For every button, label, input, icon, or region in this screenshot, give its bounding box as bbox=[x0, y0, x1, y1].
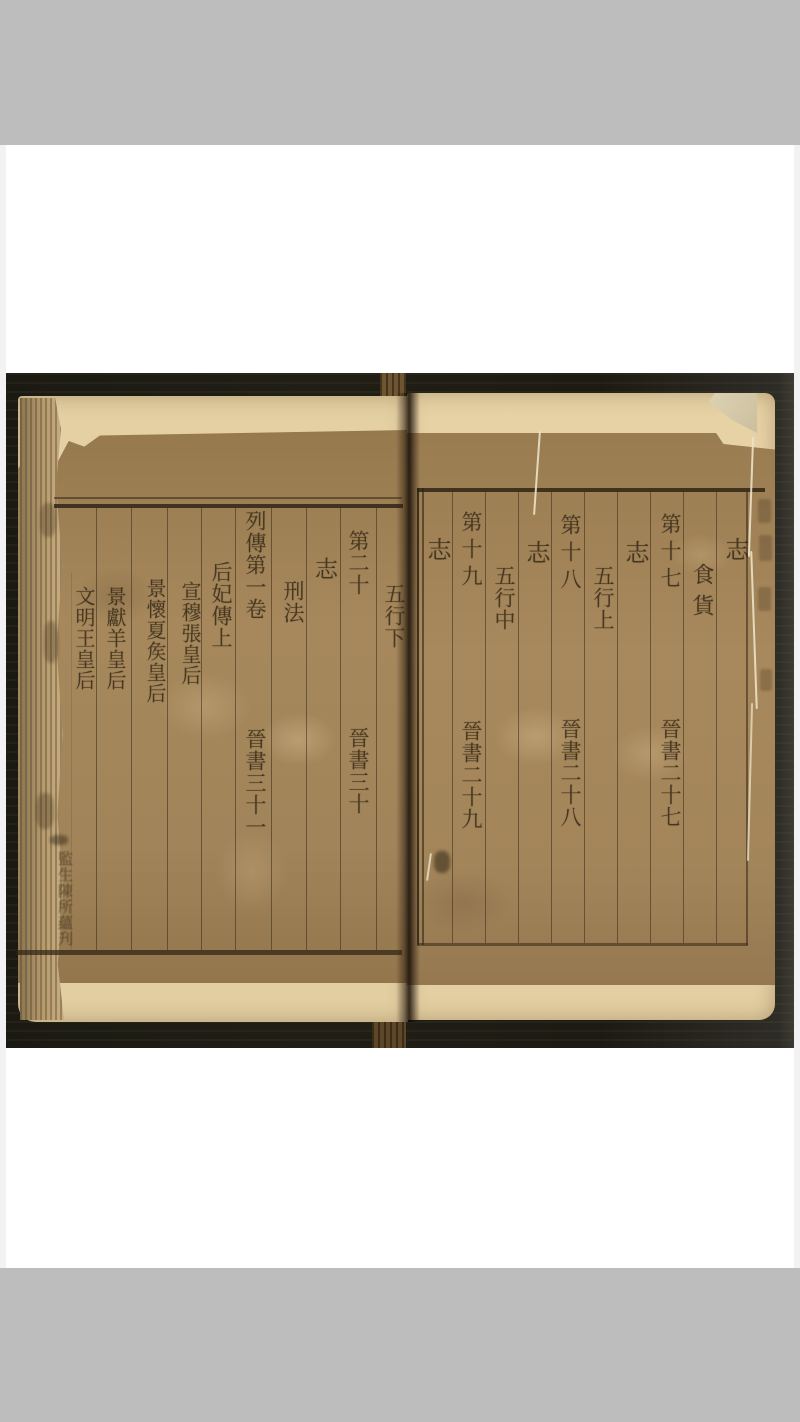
toc-entry: 志 bbox=[310, 557, 336, 581]
column-rule bbox=[683, 492, 684, 943]
toc-entry: 五行上 bbox=[587, 565, 613, 631]
frame-bottom bbox=[16, 950, 402, 955]
toc-entry: 宣穆張皇后 bbox=[173, 581, 199, 686]
column-rule bbox=[235, 508, 236, 950]
printer-colophon: 監生陳所蘊刋 bbox=[47, 851, 71, 947]
toc-entry: 后妃傳上 bbox=[205, 561, 231, 649]
column-rule bbox=[518, 492, 519, 943]
column-rule bbox=[485, 492, 486, 943]
toc-entry: 第十九 bbox=[455, 511, 481, 592]
column-rule bbox=[584, 492, 585, 943]
column-rule bbox=[376, 508, 377, 950]
ink-smudge bbox=[40, 503, 56, 537]
faint-marginalia bbox=[760, 669, 772, 691]
toc-volume: 晉書二十八 bbox=[554, 718, 580, 828]
faint-marginalia bbox=[759, 535, 772, 561]
column-rule bbox=[716, 492, 717, 943]
toc-entry: 志 bbox=[422, 537, 448, 562]
toc-volume: 晉書三十 bbox=[342, 727, 368, 815]
book-spine-bottom bbox=[372, 1019, 406, 1048]
column-rule bbox=[167, 508, 168, 950]
right-edge-strip bbox=[794, 145, 800, 1268]
column-rule bbox=[131, 508, 132, 950]
column-rule bbox=[340, 508, 341, 950]
toc-entry: 志 bbox=[720, 537, 746, 562]
bottom-gray-band bbox=[0, 1268, 800, 1422]
toc-entry: 志 bbox=[521, 540, 547, 565]
toc-entry: 第十八 bbox=[554, 514, 580, 595]
top-gray-band bbox=[0, 0, 800, 145]
faint-marginalia bbox=[758, 587, 771, 611]
toc-volume: 晉書三十一 bbox=[239, 728, 265, 838]
ink-smudge bbox=[36, 793, 54, 829]
column-rule bbox=[201, 508, 202, 950]
toc-entry: 列傳第一卷 bbox=[239, 510, 265, 620]
toc-entry: 食貨 bbox=[687, 563, 713, 625]
column-rule bbox=[617, 492, 618, 943]
column-rule bbox=[452, 492, 453, 943]
toc-entry: 第十七 bbox=[654, 513, 680, 594]
book-photo: 志 食貨 第十七 晉書二十七 志 五行上 第十八 晉書二十八 志 五行中 第十九… bbox=[6, 373, 794, 1048]
column-rule bbox=[551, 492, 552, 943]
toc-volume: 晉書二十九 bbox=[455, 720, 481, 830]
column-rule bbox=[306, 508, 307, 950]
column-rule bbox=[271, 508, 272, 950]
frame-top bbox=[417, 488, 765, 492]
ink-smudge bbox=[50, 835, 68, 845]
toc-entry: 志 bbox=[620, 540, 646, 565]
toc-entry: 文明王皇后 bbox=[67, 586, 93, 691]
toc-entry: 五行下 bbox=[378, 583, 404, 649]
column-rule bbox=[96, 508, 97, 950]
toc-entry: 第二十 bbox=[342, 530, 368, 596]
ink-smudge bbox=[44, 621, 58, 663]
faint-marginalia bbox=[758, 499, 771, 523]
ink-smudge bbox=[434, 851, 450, 873]
toc-volume: 晉書二十七 bbox=[654, 718, 680, 828]
column-rule bbox=[650, 492, 651, 943]
frame-top-thin bbox=[54, 497, 402, 499]
screenshot-root: 志 食貨 第十七 晉書二十七 志 五行上 第十八 晉書二十八 志 五行中 第十九… bbox=[0, 0, 800, 1422]
toc-entry: 景獻羊皇后 bbox=[98, 586, 124, 691]
toc-entry: 刑法 bbox=[277, 580, 303, 624]
frame-top bbox=[54, 504, 403, 508]
toc-entry: 景懷夏矦皇后 bbox=[138, 578, 164, 704]
toc-entry: 五行中 bbox=[488, 565, 514, 631]
frame-left bbox=[417, 488, 419, 945]
frame-bottom bbox=[417, 943, 748, 946]
left-page-paper bbox=[18, 430, 408, 983]
